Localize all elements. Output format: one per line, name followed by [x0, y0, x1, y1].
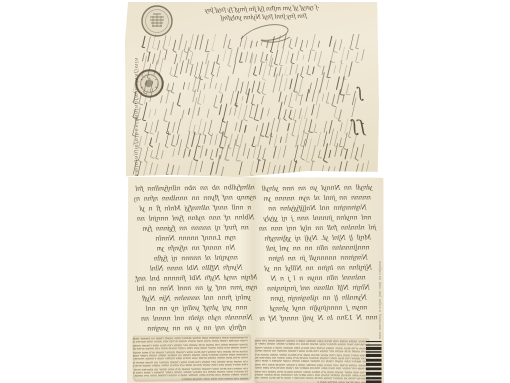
- barcode: [366, 341, 383, 383]
- micro-handwriting-strip-right: nmrv nnmv nrnm vnn mrvn nmv nnrmv nnm v …: [255, 338, 369, 383]
- handwriting-line: [260, 322, 378, 333]
- round-seal-top-icon: [141, 5, 173, 37]
- upper-manuscript-sheet: -ſ ıynyſ yſ ym mſhn ſyl ʃm ſmyſ ſy ſnyſ …: [125, 2, 379, 178]
- micro-handwriting-strip-left: nvmrnnmvn nnm vnnrmn nvm nmnv mnnvr nmv …: [133, 334, 251, 380]
- handwriting-line: vnnm vnr nmnv rnn mvn nmv rnnvm nnmvr: [136, 377, 248, 381]
- handwriting-line: nfjnly nnj nn y nn nn ynnjnn: [136, 322, 258, 333]
- letter-column-left: nllmfyllbn nb nn nbn nllnfynllnn fnlnynn…: [134, 182, 258, 335]
- pen-mark-right-1: ∫: [356, 84, 364, 102]
- letter-column-right: ylnyll nn Nnnyl yn nn nnn ylnyllnnnnn nn…: [258, 182, 378, 335]
- pen-mark-right-2: ſ∫: [350, 117, 365, 137]
- lower-letter-sheet: nllmfyllbn nb nn nbn nllnfynllnn fnlnynn…: [127, 177, 384, 383]
- manuscript-scan-page: -ſ ıynyſ yſ ym mſhn ſyl ʃm ſmyſ ſy ſnyſ …: [0, 0, 510, 383]
- dense-script-texture: [131, 34, 373, 176]
- archive-credit-vertical-text: nnm nmnlnnnj n nnjnn jnnl nnnl nn nnljnn…: [378, 261, 385, 339]
